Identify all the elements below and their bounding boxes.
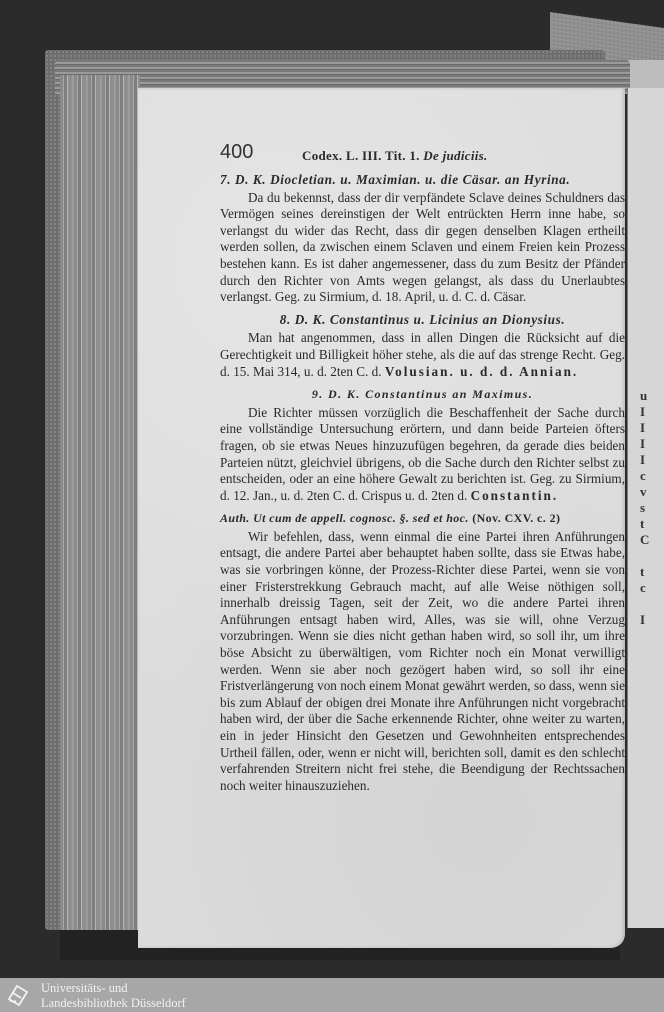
- facing-page: u I I I I c v s t C t c I: [627, 88, 664, 928]
- page-fore-edge: [60, 75, 140, 945]
- section-text-9-body: Die Richter müssen vorzüglich die Bescha…: [220, 405, 625, 503]
- library-name: Universitäts- und Landesbibliothek Düsse…: [41, 981, 186, 1010]
- section-text-8-consuls: Volusian. u. d. d. Annian.: [385, 364, 578, 379]
- section-text-7: Da du bekennst, dass der dir verpfändete…: [220, 190, 625, 306]
- section-heading-8: 8. D. K. Constantinus u. Licinius an Dio…: [220, 312, 625, 329]
- authentica-heading: Auth. Ut cum de appell. cognosc. §. sed …: [220, 510, 625, 527]
- section-text-8: Man hat angenommen, dass in allen Dingen…: [220, 330, 625, 380]
- running-head-subtitle: De judiciis.: [423, 148, 487, 163]
- running-head: 400 Codex. L. III. Tit. 1. De judiciis.: [220, 140, 625, 166]
- section-text-9: Die Richter müssen vorzüglich die Bescha…: [220, 405, 625, 505]
- section-text-9-consuls: Constantin.: [471, 488, 559, 503]
- library-name-line1: Universitäts- und: [41, 981, 186, 996]
- authentica-reference: (Nov. CXV. c. 2): [472, 511, 560, 525]
- running-head-codex: Codex. L. III. Tit. 1.: [302, 148, 420, 163]
- facing-page-text: u I I I I c v s t C t c I: [640, 388, 649, 628]
- authentica-title: Auth. Ut cum de appell. cognosc. §. sed …: [220, 511, 469, 525]
- page-number: 400: [220, 144, 253, 161]
- section-heading-9: 9. D. K. Constantinus an Maximus.: [220, 386, 625, 403]
- running-head-title: Codex. L. III. Tit. 1. De judiciis.: [302, 148, 488, 165]
- section-heading-7: 7. D. K. Diocletian. u. Maximian. u. die…: [220, 172, 625, 189]
- library-footer: Universitäts- und Landesbibliothek Düsse…: [0, 978, 664, 1012]
- authentica-text: Wir befehlen, dass, wenn einmal die eine…: [220, 529, 625, 795]
- page-content: 400 Codex. L. III. Tit. 1. De judiciis. …: [220, 140, 625, 794]
- library-name-line2: Landesbibliothek Düsseldorf: [41, 996, 186, 1011]
- book-logo-icon: [6, 983, 30, 1007]
- scan-background: u I I I I c v s t C t c I 400 Codex. L. …: [0, 0, 664, 978]
